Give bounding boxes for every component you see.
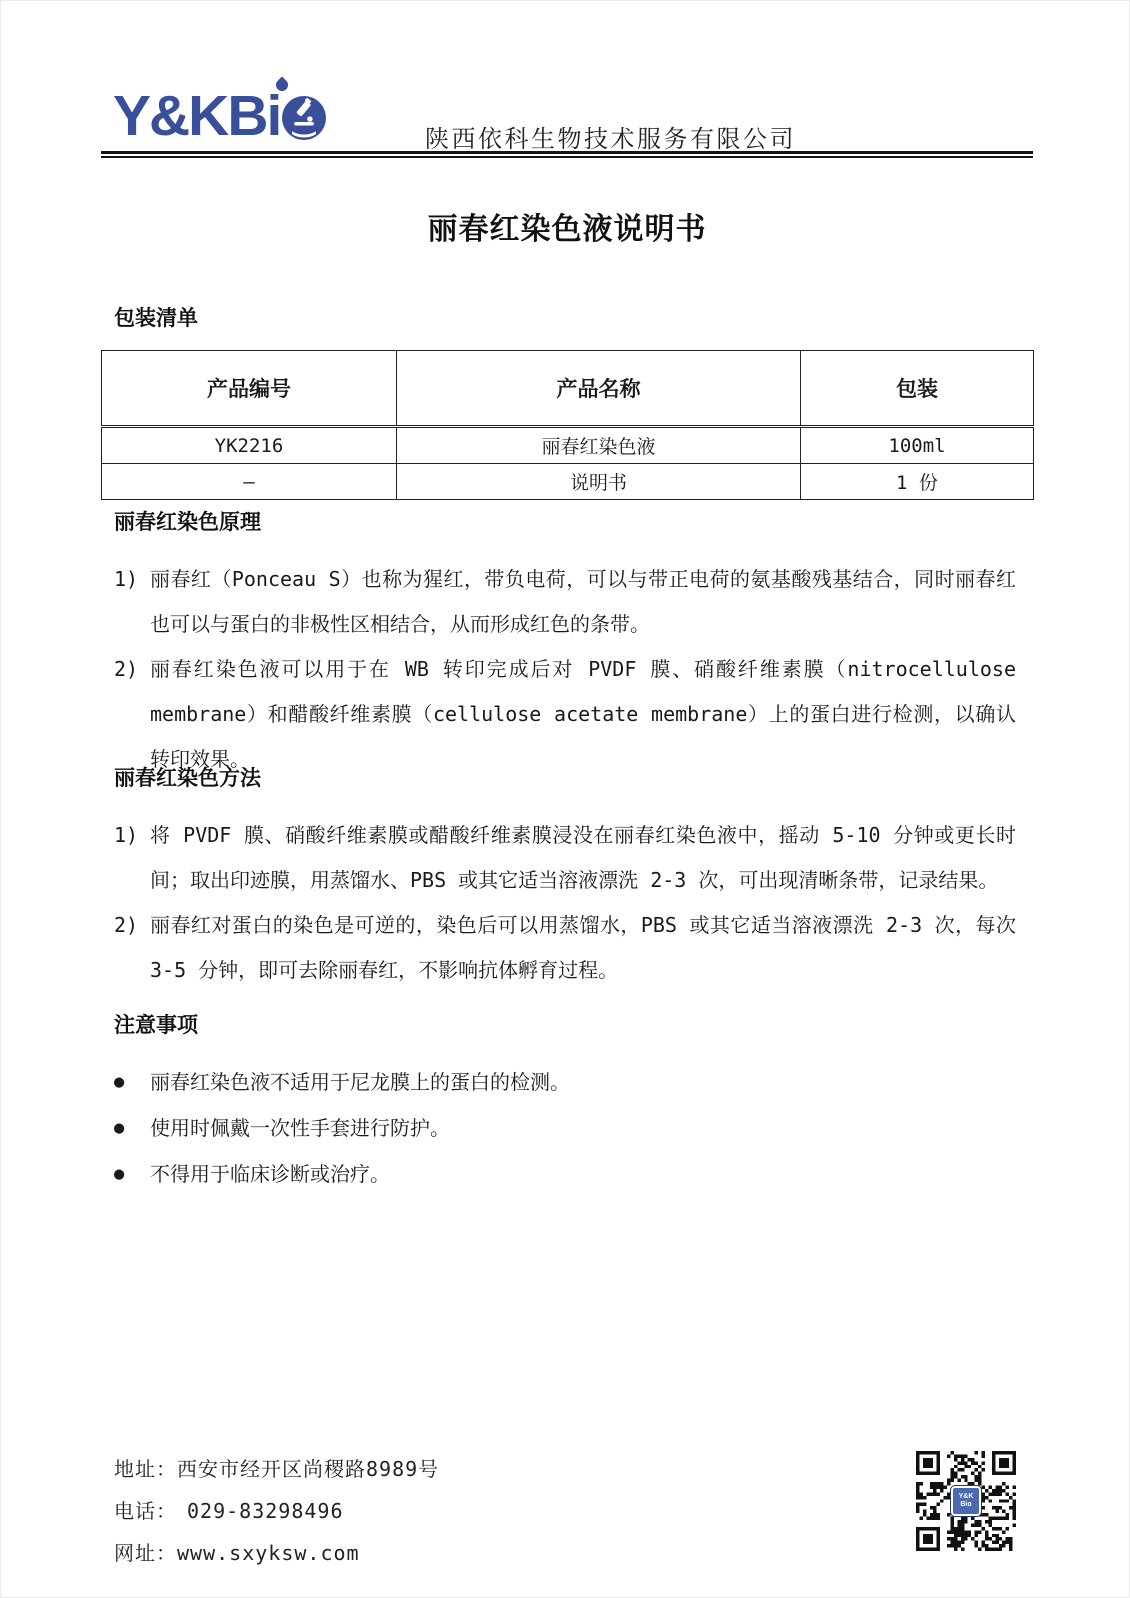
page-title: 丽春红染色液说明书: [101, 204, 1033, 248]
phone-label: 电话：: [114, 1499, 177, 1523]
cell-package: 100ml: [801, 427, 1034, 464]
item-text: 丽春红染色液可以用于在 WB 转印完成后对 PVDF 膜、硝酸纤维素膜（nitr…: [150, 647, 1016, 782]
item-number: 2): [114, 903, 150, 993]
section-heading-method: 丽春红染色方法: [114, 767, 1020, 791]
section-heading-principle: 丽春红染色原理: [114, 511, 1020, 535]
list-item: 2) 丽春红染色液可以用于在 WB 转印完成后对 PVDF 膜、硝酸纤维素膜（n…: [114, 647, 1020, 782]
bullet-icon: ●: [114, 1105, 150, 1151]
list-item: 1) 丽春红（Ponceau S）也称为猩红，带负电荷，可以与带正电荷的氨基酸残…: [114, 557, 1020, 647]
table-row: YK2216 丽春红染色液 100ml: [102, 427, 1034, 464]
col-header-product-code: 产品编号: [102, 351, 397, 427]
company-name: 陕西依科生物技术服务有限公司: [425, 119, 796, 154]
website-value: www.sxyksw.com: [177, 1541, 360, 1565]
section-heading-packing: 包装清单: [114, 307, 198, 331]
phone-value: 029-83298496: [187, 1499, 344, 1523]
section-principle: 丽春红染色原理 1) 丽春红（Ponceau S）也称为猩红，带负电荷，可以与带…: [114, 511, 1020, 782]
note-text: 丽春红染色液不适用于尼龙膜上的蛋白的检测。: [150, 1059, 570, 1105]
item-number: 1): [114, 813, 150, 903]
cell-product-name: 说明书: [397, 464, 801, 500]
item-number: 1): [114, 557, 150, 647]
document-page: Y&KBi 陕西依科生物技术服务有限公司 丽春红染色液说明书 包装清单 产品编号: [0, 0, 1130, 1598]
company-logo: Y&KBi: [113, 87, 326, 149]
note-text: 使用时佩戴一次性手套进行防护。: [150, 1105, 450, 1151]
address-value: 西安市经开区尚稷路8989号: [177, 1457, 439, 1481]
website-label: 网址：: [114, 1541, 177, 1565]
cell-product-name: 丽春红染色液: [397, 427, 801, 464]
footer-website: 网址：www.sxyksw.com: [114, 1537, 360, 1566]
section-heading-notes: 注意事项: [114, 1014, 1020, 1038]
list-item: ● 使用时佩戴一次性手套进行防护。: [114, 1105, 1020, 1151]
col-header-package: 包装: [801, 351, 1034, 427]
qr-code: Y&K Bio: [916, 1451, 1016, 1551]
bullet-icon: ●: [114, 1151, 150, 1197]
logo-text: Y&KBi: [113, 84, 280, 148]
note-text: 不得用于临床诊断或治疗。: [150, 1151, 390, 1197]
address-label: 地址：: [114, 1457, 177, 1481]
col-header-product-name: 产品名称: [397, 351, 801, 427]
section-method: 丽春红染色方法 1) 将 PVDF 膜、硝酸纤维素膜或醋酸纤维素膜浸没在丽春红染…: [114, 767, 1020, 993]
item-text: 丽春红对蛋白的染色是可逆的，染色后可以用蒸馏水，PBS 或其它适当溶液漂洗 2-…: [150, 903, 1016, 993]
packing-table: 产品编号 产品名称 包装 YK2216 丽春红染色液 100ml — 说明书 1…: [101, 350, 1034, 500]
list-item: ● 不得用于临床诊断或治疗。: [114, 1151, 1020, 1197]
cell-product-code: —: [102, 464, 397, 500]
cell-product-code: YK2216: [102, 427, 397, 464]
footer-phone: 电话：029-83298496: [114, 1495, 344, 1524]
cell-package: 1 份: [801, 464, 1034, 500]
footer-address: 地址：西安市经开区尚稷路8989号: [114, 1453, 439, 1482]
table-header-row: 产品编号 产品名称 包装: [102, 351, 1034, 427]
list-item: ● 丽春红染色液不适用于尼龙膜上的蛋白的检测。: [114, 1059, 1020, 1105]
microscope-icon: [282, 96, 326, 140]
list-item: 1) 将 PVDF 膜、硝酸纤维素膜或醋酸纤维素膜浸没在丽春红染色液中，摇动 5…: [114, 813, 1020, 903]
item-number: 2): [114, 647, 150, 782]
bullet-icon: ●: [114, 1059, 150, 1105]
qr-center-logo: Y&K Bio: [951, 1486, 981, 1516]
list-item: 2) 丽春红对蛋白的染色是可逆的，染色后可以用蒸馏水，PBS 或其它适当溶液漂洗…: [114, 903, 1020, 993]
item-text: 将 PVDF 膜、硝酸纤维素膜或醋酸纤维素膜浸没在丽春红染色液中，摇动 5-10…: [150, 813, 1016, 903]
qr-logo-label: Y&K Bio: [953, 1493, 979, 1509]
item-text: 丽春红（Ponceau S）也称为猩红，带负电荷，可以与带正电荷的氨基酸残基结合…: [150, 557, 1016, 647]
header-divider: [101, 151, 1033, 158]
section-notes: 注意事项 ● 丽春红染色液不适用于尼龙膜上的蛋白的检测。 ● 使用时佩戴一次性手…: [114, 1014, 1020, 1197]
table-row: — 说明书 1 份: [102, 464, 1034, 500]
